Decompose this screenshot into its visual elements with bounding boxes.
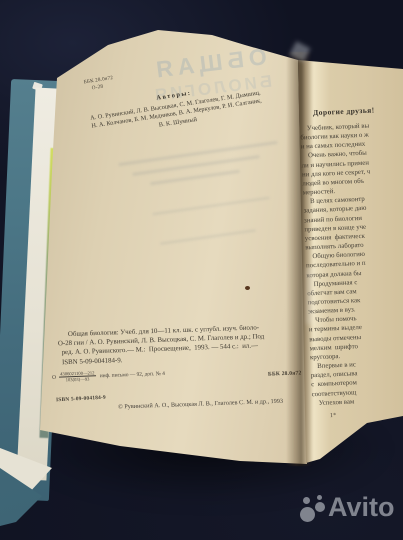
foreword-text-block: Учебник, который выбиологии как науки о … — [300, 120, 403, 408]
fold-glare — [306, 268, 313, 324]
avito-watermark: Avito — [294, 490, 403, 535]
imprint-prefix: О — [52, 375, 56, 381]
imprint-note: инф. письмо — 92, доп. № 4 — [100, 371, 165, 379]
imprint-fraction: 4306021100—212 103(03)—93 — [59, 370, 96, 383]
page-signature-mark: 1* — [330, 412, 336, 419]
avito-wordmark: Avito — [328, 492, 395, 523]
avito-logo-circle-small — [303, 497, 310, 504]
book-photo-scene: ОБЩАЯ БИОЛОГИЯ ББК 28.0я72 О-28 Авторы: … — [0, 0, 403, 540]
page-stain-speck — [245, 286, 250, 290]
avito-logo-circle-tiny — [317, 495, 322, 500]
gutter-shadow — [286, 52, 312, 466]
avito-logo-circle-medium — [315, 502, 325, 512]
avito-logo-circle-large — [300, 507, 315, 522]
